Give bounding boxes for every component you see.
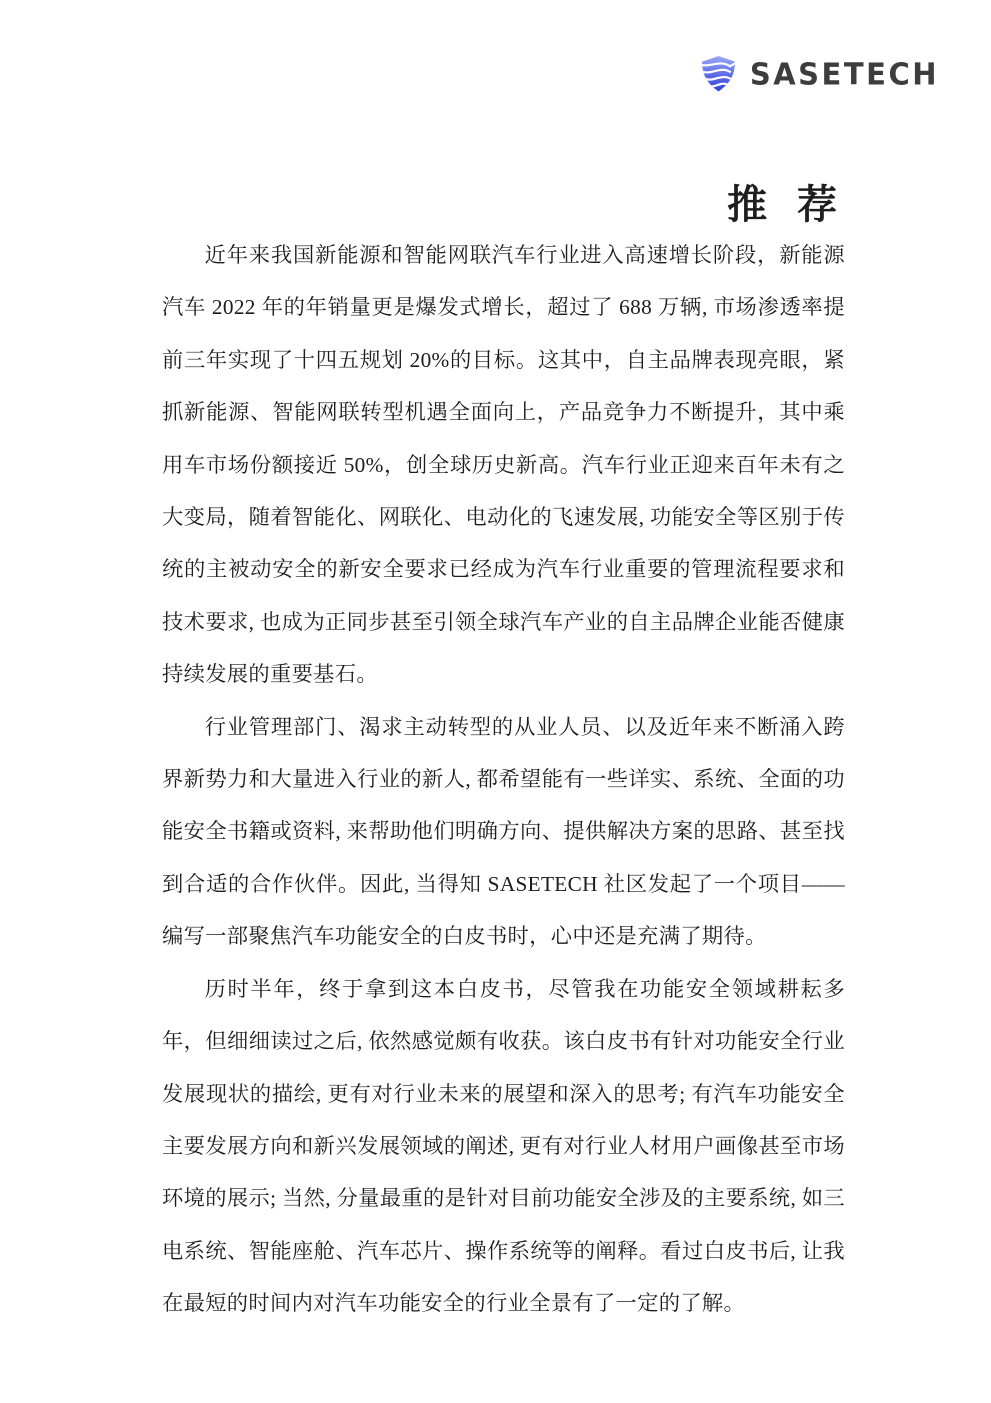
- document-body: 近年来我国新能源和智能网联汽车行业进入高速增长阶段，新能源汽车 2022 年的年…: [162, 229, 845, 1330]
- document-page: SASETECH 推 荐 近年来我国新能源和智能网联汽车行业进入高速增长阶段，新…: [0, 0, 991, 1403]
- paragraph: 近年来我国新能源和智能网联汽车行业进入高速增长阶段，新能源汽车 2022 年的年…: [162, 229, 845, 701]
- brand-name: SASETECH: [750, 59, 939, 89]
- paragraph: 历时半年，终于拿到这本白皮书，尽管我在功能安全领域耕耘多年，但细细读过之后, 依…: [162, 963, 845, 1330]
- paragraph: 行业管理部门、渴求主动转型的从业人员、以及近年来不断涌入跨界新势力和大量进入行业…: [162, 701, 845, 963]
- brand-logo: SASETECH: [700, 55, 939, 93]
- page-title: 推 荐: [162, 179, 845, 231]
- shield-icon: [700, 55, 737, 93]
